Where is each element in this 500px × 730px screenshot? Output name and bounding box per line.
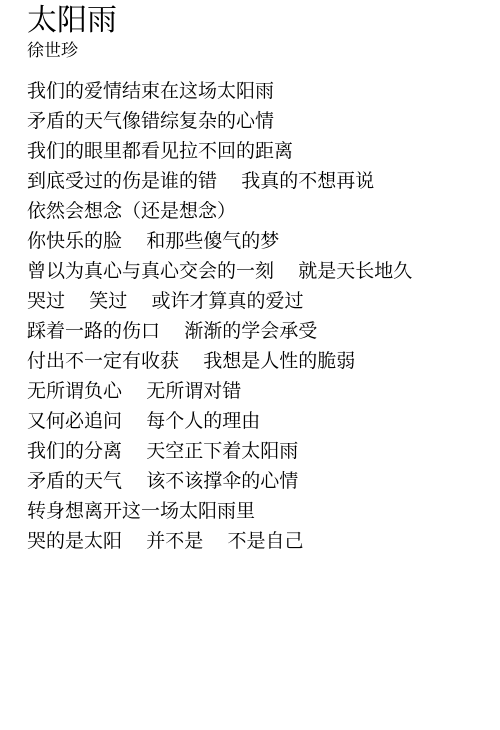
lyric-line: 矛盾的天气 该不该撑伞的心情 (27, 467, 490, 497)
lyric-line: 无所谓负心 无所谓对错 (27, 377, 490, 407)
lyric-line: 哭的是太阳 并不是 不是自己 (27, 527, 490, 557)
lyrics-block: 我们的爱情结束在这场太阳雨 矛盾的天气像错综复杂的心情 我们的眼里都看见拉不回的… (27, 77, 490, 557)
lyric-line: 我们的分离 天空正下着太阳雨 (27, 437, 490, 467)
lyric-line: 又何必追问 每个人的理由 (27, 407, 490, 437)
lyric-line: 转身想离开这一场太阳雨里 (27, 497, 490, 527)
lyric-line: 付出不一定有收获 我想是人性的脆弱 (27, 347, 490, 377)
lyric-line: 矛盾的天气像错综复杂的心情 (27, 107, 490, 137)
lyrics-page: 太阳雨 徐世珍 我们的爱情结束在这场太阳雨 矛盾的天气像错综复杂的心情 我们的眼… (0, 0, 500, 557)
lyric-line: 曾以为真心与真心交会的一刻 就是天长地久 (27, 257, 490, 287)
lyric-line: 我们的眼里都看见拉不回的距离 (27, 137, 490, 167)
lyric-line: 依然会想念（还是想念） (27, 197, 490, 227)
lyric-line: 哭过 笑过 或许才算真的爱过 (27, 287, 490, 317)
artist-name: 徐世珍 (27, 40, 490, 61)
song-title: 太阳雨 (27, 4, 490, 38)
lyric-line: 踩着一路的伤口 渐渐的学会承受 (27, 317, 490, 347)
lyric-line: 我们的爱情结束在这场太阳雨 (27, 77, 490, 107)
lyric-line: 你快乐的脸 和那些傻气的梦 (27, 227, 490, 257)
lyric-line: 到底受过的伤是谁的错 我真的不想再说 (27, 167, 490, 197)
